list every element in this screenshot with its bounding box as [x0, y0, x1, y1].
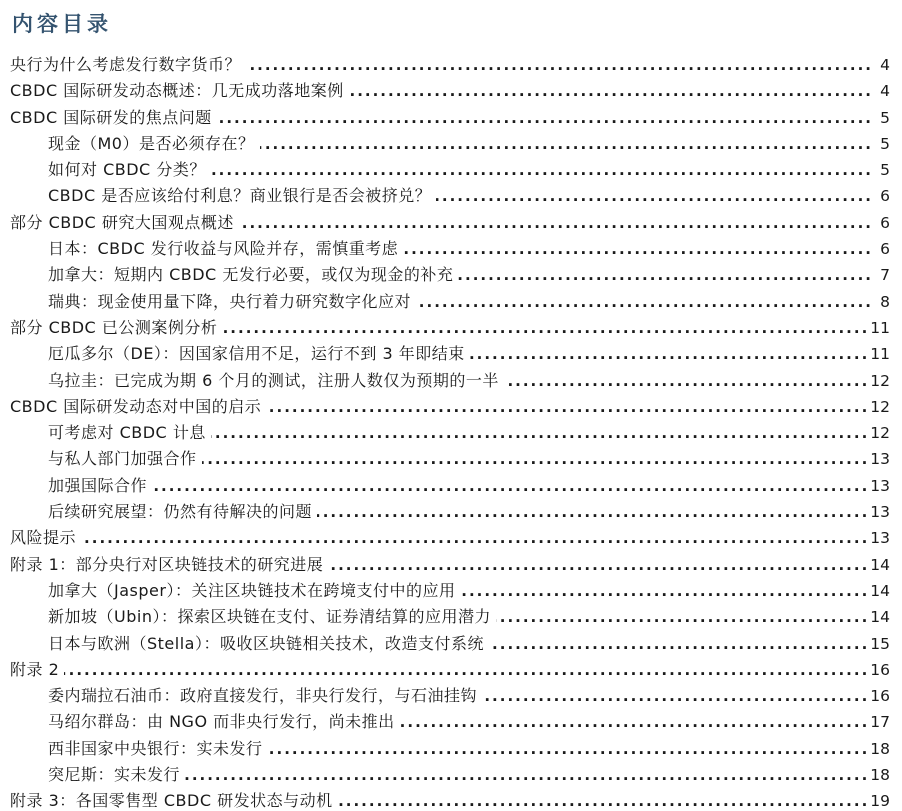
- toc-entry-label: 可考虑对 CBDC 计息: [10, 420, 206, 443]
- toc-leader-dots: [81, 528, 869, 547]
- toc-entry-label: 委内瑞拉石油币：政府直接发行，非央行发行，与石油挂钩: [10, 683, 477, 706]
- toc-entry[interactable]: 新加坡（Ubin）：探索区块链在支付、证券清结算的应用潜力 14: [10, 604, 890, 630]
- toc-leader-dots: [268, 739, 870, 758]
- toc-entry[interactable]: 厄瓜多尔（DE）：因国家信用不足，运行不到 3 年即结束 11: [10, 341, 890, 367]
- toc-entry-page: 13: [870, 477, 890, 495]
- toc-leader-dots: [338, 791, 870, 810]
- toc-entry-label: 央行为什么考虑发行数字货币？: [10, 52, 241, 75]
- toc-leader-dots: [416, 292, 873, 311]
- toc-entry[interactable]: 加拿大（Jasper）：关注区块链技术在跨境支付中的应用 14: [10, 578, 890, 604]
- toc-entry-page: 12: [870, 398, 890, 416]
- toc-leader-dots: [403, 239, 873, 258]
- toc-leader-dots: [400, 712, 870, 731]
- toc-entry-label: 附录 3：各国零售型 CBDC 研发状态与动机: [10, 788, 333, 811]
- toc-entry[interactable]: 乌拉圭：已完成为期 6 个月的测试，注册人数仅为预期的一半 12: [10, 368, 890, 394]
- toc-entry-label: 风险提示: [10, 525, 76, 548]
- toc-leader-dots: [458, 265, 873, 284]
- toc-leader-dots: [64, 660, 869, 679]
- toc-leader-dots: [202, 449, 870, 468]
- toc-entry-page: 6: [874, 240, 890, 258]
- toc-entry[interactable]: 可考虑对 CBDC 计息 12: [10, 420, 890, 446]
- toc-entry-page: 6: [874, 214, 890, 232]
- toc-entry-label: 后续研究展望：仍然有待解决的问题: [10, 499, 312, 522]
- toc-entry-page: 14: [870, 608, 890, 626]
- toc-entry[interactable]: 现金（M0）是否必须存在？ 5: [10, 131, 890, 157]
- toc-page: 内容目录 央行为什么考虑发行数字货币？ 4 CBDC 国际研发动态概述：几无成功…: [0, 0, 902, 811]
- toc-entry-page: 5: [874, 161, 890, 179]
- toc-entry[interactable]: CBDC 国际研发动态概述：几无成功落地案例 4: [10, 78, 890, 104]
- toc-entry-label: CBDC 是否应该给付利息？商业银行是否会被挤兑？: [10, 183, 431, 206]
- toc-entry-page: 16: [870, 687, 890, 705]
- toc-leader-dots: [349, 81, 873, 100]
- toc-entry-page: 16: [870, 661, 890, 679]
- toc-entry-page: 14: [870, 556, 890, 574]
- toc-entry-label: 新加坡（Ubin）：探索区块链在支付、证券清结算的应用潜力: [10, 604, 491, 627]
- toc-entry-page: 18: [870, 740, 890, 758]
- toc-entry-page: 5: [874, 135, 890, 153]
- toc-entry-label: 马绍尔群岛：由 NGO 而非央行发行，尚未推出: [10, 709, 395, 732]
- toc-entry-page: 13: [870, 529, 890, 547]
- toc-entry-page: 7: [874, 266, 890, 284]
- toc-entry[interactable]: 附录 1：部分央行对区块链技术的研究进展 14: [10, 552, 890, 578]
- toc-entry[interactable]: 西非国家中央银行：实未发行 18: [10, 736, 890, 762]
- toc-entry-page: 13: [870, 503, 890, 521]
- toc-entry-label: 附录 2: [10, 657, 59, 680]
- toc-entry-label: 西非国家中央银行：实未发行: [10, 736, 263, 759]
- toc-leader-dots: [460, 581, 869, 600]
- toc-entry-label: 加拿大：短期内 CBDC 无发行必要，或仅为现金的补充: [10, 262, 453, 285]
- toc-entry[interactable]: 央行为什么考虑发行数字货币？ 4: [10, 52, 890, 78]
- toc-entry-page: 17: [870, 713, 890, 731]
- toc-entry-page: 12: [870, 424, 890, 442]
- toc-entry[interactable]: CBDC 是否应该给付利息？商业银行是否会被挤兑？ 6: [10, 183, 890, 209]
- toc-entry-page: 8: [874, 293, 890, 311]
- toc-entry-label: 现金（M0）是否必须存在？: [10, 131, 255, 154]
- toc-entry-page: 14: [870, 582, 890, 600]
- toc-entry-label: 加强国际合作: [10, 473, 147, 496]
- toc-leader-dots: [260, 134, 874, 153]
- toc-entry-page: 6: [874, 187, 890, 205]
- toc-entry[interactable]: 瑞典：现金使用量下降，央行着力研究数字化应对 8: [10, 289, 890, 315]
- page-title: 内容目录: [12, 8, 890, 38]
- toc-entry[interactable]: 部分 CBDC 已公测案例分析 11: [10, 315, 890, 341]
- toc-entry-page: 5: [874, 109, 890, 127]
- toc-entry-label: CBDC 国际研发动态对中国的启示: [10, 394, 261, 417]
- toc-leader-dots: [222, 318, 869, 337]
- toc-entry-label: 附录 1：部分央行对区块链技术的研究进展: [10, 552, 323, 575]
- toc-entry[interactable]: 如何对 CBDC 分类？ 5: [10, 157, 890, 183]
- toc-entry[interactable]: 风险提示 13: [10, 525, 890, 551]
- toc-leader-dots: [211, 423, 869, 442]
- toc-entry[interactable]: 与私人部门加强合作 13: [10, 446, 890, 472]
- toc-entry-page: 11: [870, 319, 890, 337]
- toc-entry-label: 如何对 CBDC 分类？: [10, 157, 206, 180]
- toc-entry-label: 部分 CBDC 研究大国观点概述: [10, 210, 234, 233]
- toc-entry[interactable]: CBDC 国际研发的焦点问题 5: [10, 105, 890, 131]
- toc-entry[interactable]: 附录 2 16: [10, 657, 890, 683]
- toc-entry[interactable]: 附录 3：各国零售型 CBDC 研发状态与动机 19: [10, 788, 890, 811]
- toc-entry-label: 部分 CBDC 已公测案例分析: [10, 315, 217, 338]
- toc-entry[interactable]: 委内瑞拉石油币：政府直接发行，非央行发行，与石油挂钩 16: [10, 683, 890, 709]
- toc-leader-dots: [482, 686, 869, 705]
- toc-entry-label: 加拿大（Jasper）：关注区块链技术在跨境支付中的应用: [10, 578, 455, 601]
- toc-leader-dots: [436, 186, 873, 205]
- toc-entry-label: CBDC 国际研发动态概述：几无成功落地案例: [10, 78, 344, 101]
- toc-entry-page: 13: [870, 450, 890, 468]
- toc-entry[interactable]: 加拿大：短期内 CBDC 无发行必要，或仅为现金的补充 7: [10, 262, 890, 288]
- toc-leader-dots: [328, 555, 869, 574]
- toc-entry-label: 日本：CBDC 发行收益与风险并存，需慎重考虑: [10, 236, 398, 259]
- toc-entry-page: 11: [870, 345, 890, 363]
- toc-entry[interactable]: 加强国际合作 13: [10, 473, 890, 499]
- toc-leader-dots: [489, 634, 869, 653]
- toc-entry[interactable]: 后续研究展望：仍然有待解决的问题 13: [10, 499, 890, 525]
- toc-entry-label: 瑞典：现金使用量下降，央行着力研究数字化应对: [10, 289, 411, 312]
- toc-entry-label: 厄瓜多尔（DE）：因国家信用不足，运行不到 3 年即结束: [10, 341, 465, 364]
- toc-entry[interactable]: 日本：CBDC 发行收益与风险并存，需慎重考虑 6: [10, 236, 890, 262]
- toc-leader-dots: [239, 213, 873, 232]
- toc-entry[interactable]: 部分 CBDC 研究大国观点概述 6: [10, 210, 890, 236]
- toc-entry-label: 突尼斯：实未发行: [10, 762, 180, 785]
- toc-entry-page: 12: [870, 372, 890, 390]
- toc-entry-label: 日本与欧洲（Stella）：吸收区块链相关技术，改造支付系统: [10, 631, 484, 654]
- toc-entry[interactable]: 突尼斯：实未发行 18: [10, 762, 890, 788]
- toc-leader-dots: [185, 765, 869, 784]
- toc-leader-dots: [470, 344, 869, 363]
- toc-leader-dots: [496, 607, 869, 626]
- toc-entry-label: 乌拉圭：已完成为期 6 个月的测试，注册人数仅为预期的一半: [10, 368, 499, 391]
- toc-leader-dots: [266, 397, 869, 416]
- toc-leader-dots: [317, 502, 869, 521]
- toc-entry-label: 与私人部门加强合作: [10, 446, 197, 469]
- toc-entry[interactable]: CBDC 国际研发动态对中国的启示 12: [10, 394, 890, 420]
- toc-entry-page: 4: [874, 56, 890, 74]
- toc-leader-dots: [246, 55, 873, 74]
- toc-leader-dots: [504, 371, 869, 390]
- toc-entry-page: 15: [870, 635, 890, 653]
- toc-entry[interactable]: 日本与欧洲（Stella）：吸收区块链相关技术，改造支付系统 15: [10, 631, 890, 657]
- toc-list: 央行为什么考虑发行数字货币？ 4 CBDC 国际研发动态概述：几无成功落地案例 …: [10, 52, 890, 811]
- toc-leader-dots: [211, 160, 873, 179]
- toc-leader-dots: [217, 108, 873, 127]
- toc-entry-page: 4: [874, 82, 890, 100]
- toc-leader-dots: [152, 476, 869, 495]
- toc-entry-label: CBDC 国际研发的焦点问题: [10, 105, 212, 128]
- toc-entry[interactable]: 马绍尔群岛：由 NGO 而非央行发行，尚未推出 17: [10, 709, 890, 735]
- toc-entry-page: 18: [870, 766, 890, 784]
- toc-entry-page: 19: [870, 792, 890, 810]
